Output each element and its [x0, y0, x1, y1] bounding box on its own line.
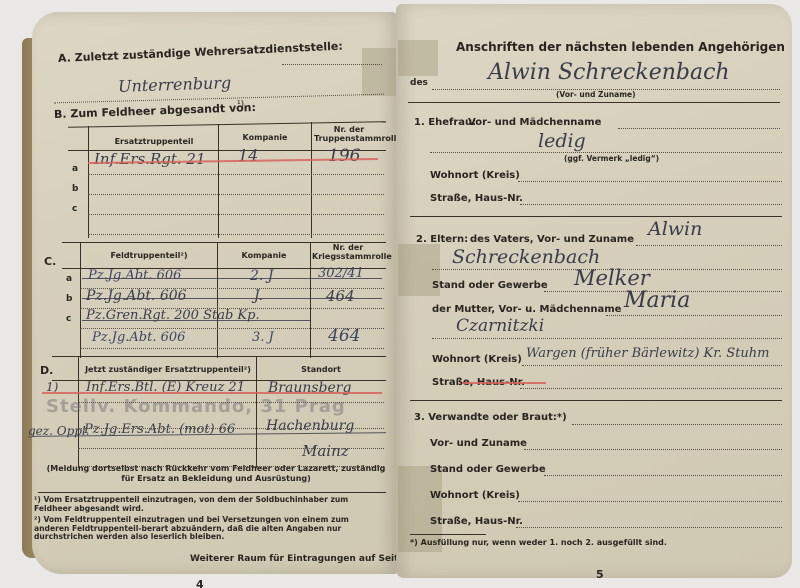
strike — [82, 298, 382, 299]
des-caption: (Vor- und Zuname) — [556, 90, 636, 99]
dotted-line — [430, 152, 782, 153]
section-rule — [408, 102, 780, 103]
section-3-label: 3. Verwandte oder Braut:*) — [414, 412, 567, 423]
c-row-d-company: 3. J — [252, 330, 274, 345]
right-page: Anschriften der nächsten lebenden Angehö… — [396, 4, 792, 578]
table-vline — [217, 242, 218, 358]
section-a-label: A. Zuletzt zuständige Wehrersatzdienstst… — [58, 40, 343, 65]
continuation-note: Weiterer Raum für Eintragungen auf Seite… — [190, 554, 424, 564]
section-b-label: B. Zum Feldheer abgesandt von: — [54, 101, 256, 121]
dotted-line — [516, 527, 782, 528]
b-row-a-company: 14 — [238, 146, 258, 165]
father-stand-label: Stand oder Gewerbe — [432, 280, 548, 291]
footnote-rule — [38, 492, 386, 493]
dotted-line — [520, 388, 782, 389]
dotted-line — [544, 475, 782, 476]
table-vline — [88, 126, 89, 238]
relative-wohnort-label: Wohnort (Kreis) — [430, 490, 520, 501]
father-label: des Vaters, Vor- und Zuname — [470, 234, 634, 245]
section-a-value: Unterrenburg — [118, 73, 232, 96]
table-rule — [52, 356, 386, 357]
ehefrau-name-caption: (ggf. Vermerk „ledig“) — [564, 154, 659, 163]
col-header-feldtruppenteil: Feldtruppenteil²) — [84, 252, 214, 261]
dotted-line — [636, 245, 782, 246]
father-first-name: Alwin — [648, 218, 702, 240]
row-key: b — [72, 184, 78, 194]
d-row-3-location: Mainz — [302, 442, 349, 460]
red-strike — [462, 382, 546, 384]
strike — [82, 278, 382, 279]
ehefrau-name-label: Vor- und Mädchenname — [468, 117, 601, 128]
left-page: A. Zuletzt zuständige Wehrersatzdienstst… — [32, 12, 398, 574]
section-rule — [410, 400, 782, 401]
section-2-label: 2. Eltern: — [416, 234, 468, 245]
father-occupation: Melker — [574, 266, 650, 290]
c-row-b-company: J. — [254, 288, 263, 304]
section-rule — [410, 216, 782, 217]
dotted-line — [80, 348, 384, 349]
dotted-line — [520, 204, 782, 205]
page-number-left: 4 — [196, 578, 204, 588]
col-header-ersatztruppenteil-current: Jetzt zuständiger Ersatztruppenteil²) — [82, 366, 254, 375]
footnote-2: ²) Vom Feldtruppenteil einzutragen und b… — [34, 516, 359, 542]
holder-name: Alwin Schreckenbach — [488, 60, 730, 85]
c-row-b-unit: Pz.Jg.Abt. 606 — [86, 288, 187, 304]
dotted-line — [78, 428, 384, 429]
ehefrau-wohnort-label: Wohnort (Kreis) — [430, 170, 520, 181]
relative-stand-label: Stand oder Gewerbe — [430, 464, 546, 475]
unit-stamp: Stellv. Kommando, 31 Prag — [46, 396, 346, 417]
col-header-kriegsstammrolle: Nr. der Kriegsstammrolle — [312, 244, 384, 262]
ehefrau-strasse-label: Straße, Haus-Nr. — [430, 193, 523, 204]
dotted-line — [518, 501, 782, 502]
footnote-1: ¹) Vom Ersatztruppenteil einzutragen, vo… — [34, 496, 359, 513]
dotted-line — [88, 234, 384, 235]
relative-name-label: Vor- und Zuname — [430, 438, 527, 449]
row-key: a — [72, 164, 78, 174]
relative-strasse-label: Straße, Haus-Nr. — [430, 516, 523, 527]
dotted-line — [78, 448, 384, 449]
tape-patch — [362, 48, 398, 96]
mother-label: der Mutter, Vor- u. Mädchenname — [432, 304, 621, 315]
dotted-line — [88, 194, 384, 195]
red-strike — [42, 392, 382, 394]
dotted-line — [88, 214, 384, 215]
col-header-kompanie: Kompanie — [220, 252, 308, 261]
table-vline — [218, 124, 219, 238]
table-vline — [311, 122, 312, 238]
c-row-a-company: 2. J — [250, 268, 273, 284]
col-header-kompanie: Kompanie — [220, 134, 310, 143]
footnote-rule — [410, 534, 486, 535]
dotted-line — [606, 315, 782, 316]
soldbuch-open-spread: A. Zuletzt zuständige Wehrersatzdienstst… — [0, 0, 800, 588]
c-row-a-unit: Pz.Jg.Abt. 606 — [88, 268, 181, 283]
b-row-a-unit: Inf.Ers.Rgt. 21 — [94, 150, 206, 168]
footnote-ref: ¹) — [237, 100, 244, 110]
section-1-label: 1. Ehefrau: — [414, 117, 476, 128]
table-vline — [80, 242, 81, 358]
dotted-line — [572, 424, 782, 425]
section-d-label: D. — [40, 364, 53, 377]
col-header-standort: Standort — [258, 366, 384, 375]
dotted-line — [432, 338, 782, 339]
tape-patch — [398, 40, 438, 76]
c-row-d-unit: Pz.Jg.Abt. 606 — [92, 330, 185, 345]
ehefrau-name-value: ledig — [538, 130, 586, 152]
table-vline — [310, 242, 311, 358]
row-key: b — [66, 294, 72, 304]
dotted-line — [282, 64, 382, 65]
strike — [82, 320, 310, 321]
mother-first-name: Maria — [624, 288, 690, 313]
dotted-line — [618, 128, 780, 129]
dotted-line — [524, 449, 782, 450]
des-label: des — [410, 78, 428, 88]
col-header-stammrolle: Nr. der Truppenstammrolle — [314, 126, 384, 144]
dotted-line — [88, 174, 384, 175]
c-row-d-number: 464 — [328, 326, 360, 346]
right-footnote: *) Ausfüllung nur, wenn weder 1. noch 2.… — [410, 538, 667, 547]
row-key: c — [66, 314, 71, 324]
right-page-title: Anschriften der nächsten lebenden Angehö… — [456, 40, 785, 54]
parents-wohnort-label: Wohnort (Kreis) — [432, 354, 522, 365]
parents-residence: Wargen (früher Bärlewitz) Kr. Stuhm — [526, 346, 770, 361]
page-number-right: 5 — [596, 568, 604, 581]
father-surname: Schreckenbach — [452, 246, 600, 268]
row-key: c — [72, 204, 77, 214]
mother-maiden-name: Czarnitzki — [456, 316, 544, 336]
d-row-2-location: Hachenburg — [266, 418, 354, 434]
col-header-ersatztruppenteil: Ersatztruppenteil — [92, 138, 216, 147]
b-row-a-number: 196 — [328, 146, 360, 166]
section-c-label: C. — [44, 255, 56, 268]
row-key: a — [66, 274, 72, 284]
dotted-line — [522, 365, 782, 366]
section-d-note: (Meldung dortselbst nach Rückkehr vom Fe… — [46, 464, 386, 484]
dotted-line — [518, 181, 782, 182]
c-row-b-number: 464 — [326, 287, 355, 305]
